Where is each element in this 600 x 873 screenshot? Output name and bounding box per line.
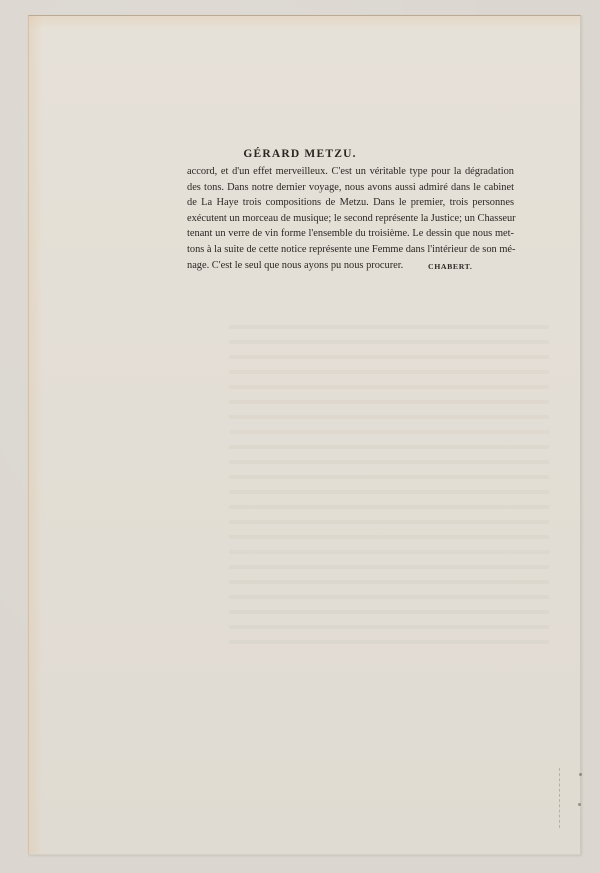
document-page <box>28 15 581 855</box>
text-line: exécutent un morceau de musique; le seco… <box>187 211 514 227</box>
foxing-spot <box>579 773 582 776</box>
text-line: tenant un verre de vin forme l'ensemble … <box>187 226 514 242</box>
text-line: accord, et d'un effet merveilleux. C'est… <box>187 164 514 180</box>
text-line: des tons. Dans notre dernier voyage, nou… <box>187 180 514 196</box>
reverse-side-show-through <box>229 316 549 646</box>
text-line: de La Haye trois compositions de Metzu. … <box>187 195 514 211</box>
foxing-spot <box>578 803 581 806</box>
author-signature: CHABERT. <box>428 262 472 271</box>
page-title: GÉRARD METZU. <box>0 148 600 160</box>
text-line: tons à la suite de cette notice représen… <box>187 242 514 258</box>
body-paragraph: accord, et d'un effet merveilleux. C'est… <box>187 164 514 273</box>
page-edge-damage <box>553 768 560 828</box>
